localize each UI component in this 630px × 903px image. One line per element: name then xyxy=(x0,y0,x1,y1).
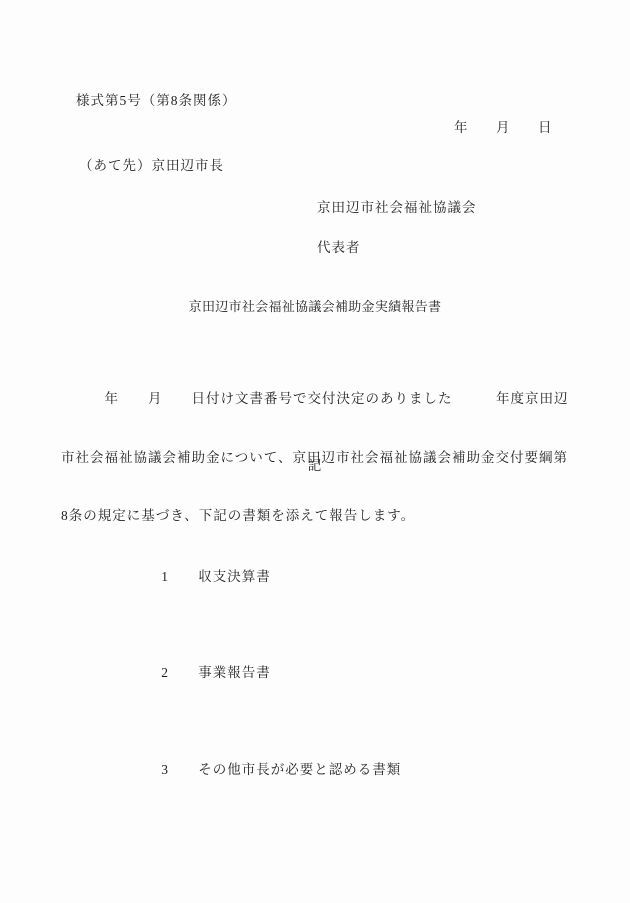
form-number: 様式第5号（第8条関係） xyxy=(76,89,237,109)
body-line-1: 年 月 日付け文書番号で交付決定のありました 年度京田辺 xyxy=(61,389,577,409)
list-item: 3その他市長が必要と認める書類 xyxy=(135,741,401,799)
organization-name: 京田辺市社会福祉協議会 xyxy=(317,196,477,216)
item-number: 3 xyxy=(161,760,198,779)
date-line: 年 月 日 xyxy=(454,116,552,136)
item-label: その他市長が必要と認める書類 xyxy=(198,762,401,777)
list-item: 1収支決算書 xyxy=(135,548,401,606)
note-heading: 記 xyxy=(0,454,630,474)
item-number: 2 xyxy=(161,663,198,682)
representative-label: 代表者 xyxy=(317,236,361,256)
list-item: 2事業報告書 xyxy=(135,644,401,702)
item-label: 事業報告書 xyxy=(198,665,271,680)
item-label: 収支決算書 xyxy=(198,569,271,584)
item-number: 1 xyxy=(161,567,198,586)
attachment-list: 1収支決算書 2事業報告書 3その他市長が必要と認める書類 xyxy=(135,509,401,837)
document-title: 京田辺市社会福祉協議会補助金実績報告書 xyxy=(0,296,630,315)
document-page: 様式第5号（第8条関係） 年 月 日 （あて先）京田辺市長 京田辺市社会福祉協議… xyxy=(0,0,630,903)
addressee: （あて先）京田辺市長 xyxy=(79,154,224,174)
